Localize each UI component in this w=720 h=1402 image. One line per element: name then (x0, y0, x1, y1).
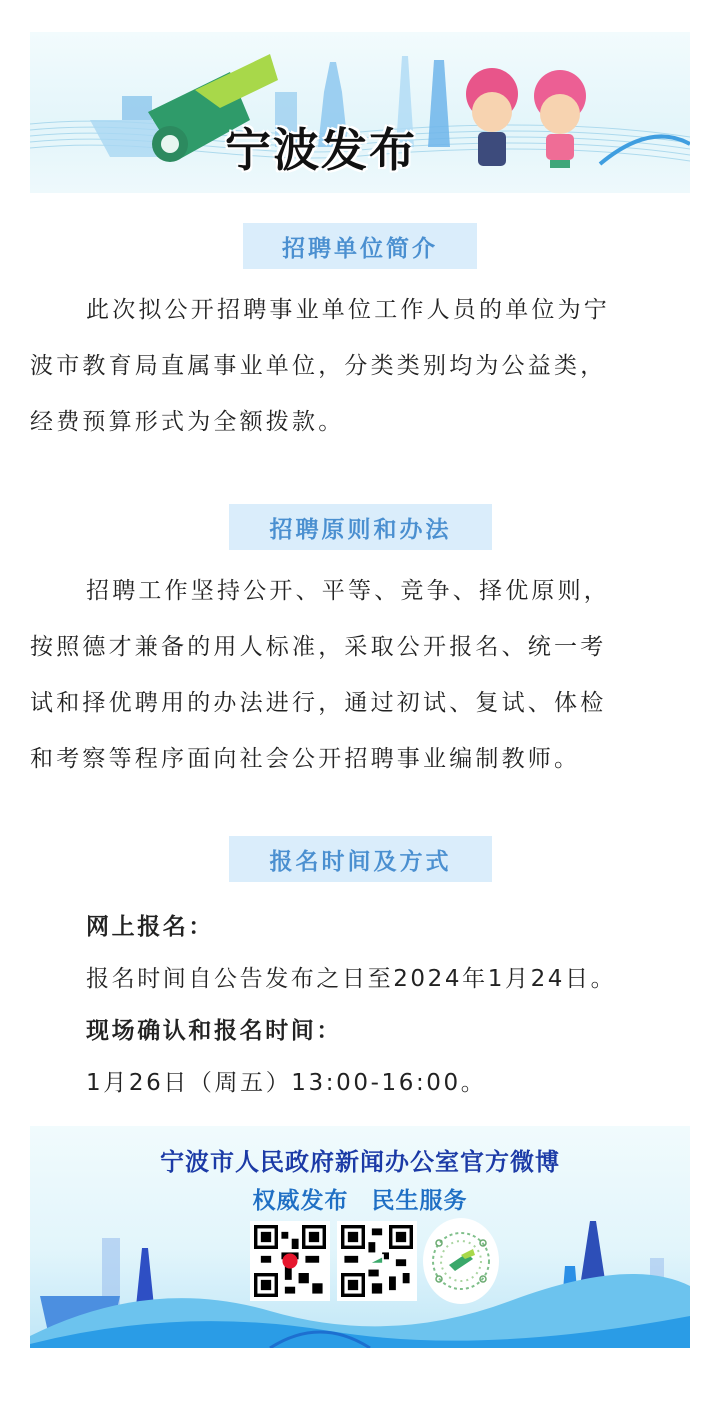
paragraph-line: 招聘工作坚持公开、平等、竞争、择优原则， (30, 563, 690, 619)
principles-paragraph: 招聘工作坚持公开、平等、竞争、择优原则， 按照德才兼备的用人标准，采取公开报名、… (30, 563, 690, 787)
weibo-qr-code-icon[interactable] (250, 1221, 330, 1301)
section-heading-registration: 报名时间及方式 (229, 836, 492, 882)
section-heading-principles: 招聘原则和办法 (229, 504, 492, 550)
paragraph-line: 波市教育局直属事业单位，分类类别均为公益类， (30, 338, 690, 394)
bottom-banner-headline: 宁波市人民政府新闻办公室官方微博 (30, 1142, 690, 1177)
onsite-confirmation-value: 1月26日（周五）13:00-16:00。 (86, 1064, 486, 1097)
bottom-banner: 宁波市人民政府新闻办公室官方微博 权威发布 民生服务 (30, 1126, 690, 1348)
online-registration-label: 网上报名： (86, 908, 214, 941)
mascot-characters (466, 68, 586, 168)
paragraph-line: 此次拟公开招聘事业单位工作人员的单位为宁 (30, 282, 690, 338)
section-heading-unit-intro: 招聘单位简介 (243, 223, 477, 269)
top-banner: 宁波发布 (30, 32, 690, 193)
paragraph-line: 和考察等程序面向社会公开招聘事业编制教师。 (30, 731, 690, 787)
bottom-banner-slogan: 权威发布 民生服务 (30, 1182, 690, 1215)
paragraph-line: 按照德才兼备的用人标准，采取公开报名、统一考 (30, 619, 690, 675)
online-registration-value: 报名时间自公告发布之日至2024年1月24日。 (86, 960, 616, 993)
unit-intro-paragraph: 此次拟公开招聘事业单位工作人员的单位为宁 波市教育局直属事业单位，分类类别均为公… (30, 282, 690, 450)
paragraph-line: 经费预算形式为全额拨款。 (30, 394, 690, 450)
mini-program-code-icon[interactable] (423, 1218, 499, 1304)
wechat-qr-code-icon[interactable] (337, 1221, 417, 1301)
paragraph-line: 试和择优聘用的办法进行，通过初试、复试、体检 (30, 675, 690, 731)
onsite-confirmation-label: 现场确认和报名时间： (86, 1012, 342, 1045)
banner-title: 宁波发布 (225, 114, 417, 180)
